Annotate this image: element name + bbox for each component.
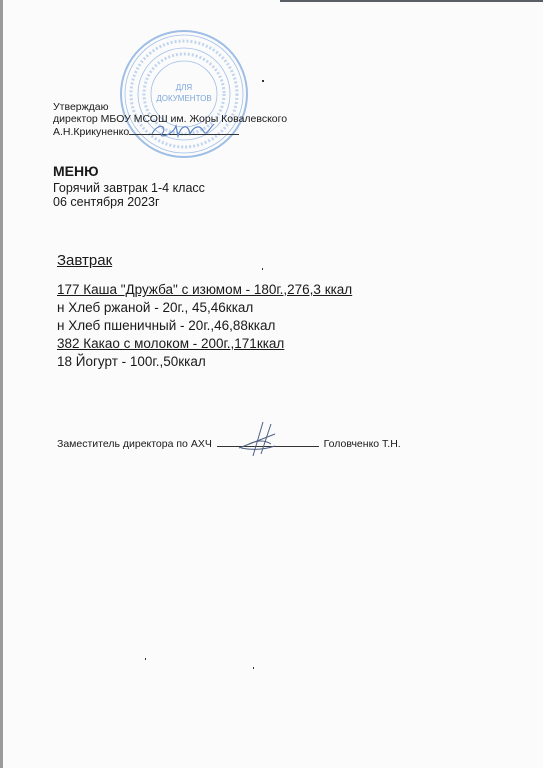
meal-item: 382 Какао с молоком - 200г.,171ккал: [57, 335, 352, 353]
scan-edge-left: [0, 0, 3, 768]
menu-date: 06 сентября 2023г: [53, 195, 205, 209]
meal-item: н Хлеб ржаной - 20г., 45,46ккал: [57, 299, 352, 317]
approval-director-name: А.Н.Крикуненко: [53, 126, 129, 138]
footer-position: Заместитель директора по АХЧ: [57, 438, 212, 450]
meal-section-title: Завтрак: [57, 252, 112, 269]
deputy-signature-icon: [235, 420, 285, 458]
footer-signature-block: Заместитель директора по АХЧ Головченко …: [57, 437, 401, 450]
meal-item: н Хлеб пшеничный - 20г.,46,88ккал: [57, 317, 352, 335]
approval-label: Утверждаю: [53, 101, 287, 113]
scan-speck: [253, 667, 254, 669]
menu-header: Горячий завтрак 1-4 класс 06 сентября 20…: [53, 181, 205, 209]
official-stamp-icon: ДЛЯ ДОКУМЕНТОВ: [118, 28, 250, 160]
scan-edge-top: [280, 0, 543, 2]
menu-title: МЕНЮ: [53, 163, 99, 179]
meal-item: 177 Каша "Дружба" с изюмом - 180г.,276,3…: [57, 281, 352, 299]
menu-subtitle: Горячий завтрак 1-4 класс: [53, 181, 205, 195]
svg-text:ДЛЯ: ДЛЯ: [176, 83, 193, 92]
footer-name: Головченко Т.Н.: [324, 438, 401, 450]
scan-speck: [262, 80, 264, 82]
director-signature-icon: [148, 118, 218, 140]
scan-speck: [262, 268, 263, 270]
scan-speck: [145, 658, 146, 660]
meal-items-list: 177 Каша "Дружба" с изюмом - 180г.,276,3…: [57, 281, 352, 371]
meal-item: 18 Йогурт - 100г.,50ккал: [57, 353, 352, 371]
